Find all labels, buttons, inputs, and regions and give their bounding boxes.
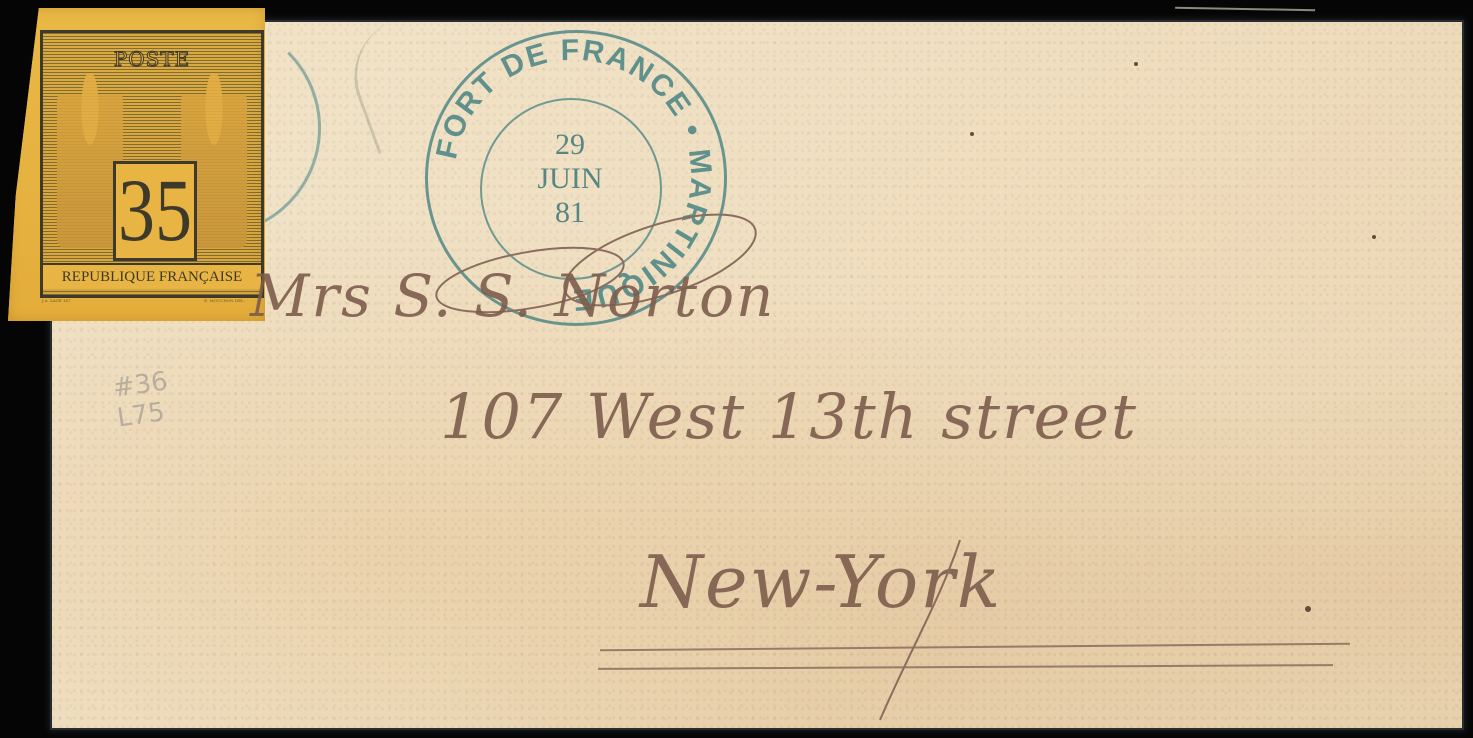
postmark-day: 29: [482, 128, 658, 162]
stamp-value-box: 35: [113, 161, 197, 261]
address-name: Mrs S. S. Norton: [250, 262, 775, 330]
paper-spot: [1372, 235, 1376, 239]
cover-scene: POSTE 35 REPUBLIQUE FRANÇAISE J.A. SAGE …: [0, 0, 1473, 738]
stamp-imprint-right: E. MOUCHON DEL.: [204, 298, 245, 303]
stamp-imprint: J.A. SAGE 187 E. MOUCHON DEL.: [42, 298, 245, 303]
address-street: 107 West 13th street: [440, 380, 1138, 453]
stamp-value: 35: [118, 167, 192, 256]
stamp-frame: POSTE 35 REPUBLIQUE FRANÇAISE: [40, 30, 264, 298]
postage-stamp: POSTE 35 REPUBLIQUE FRANÇAISE J.A. SAGE …: [8, 8, 265, 321]
stamp-bottom-label: REPUBLIQUE FRANÇAISE: [43, 263, 261, 289]
ink-dot: [1305, 606, 1311, 612]
pencil-annotation: #36 L75: [111, 366, 174, 433]
paper-spot: [1134, 62, 1138, 66]
postmark-month: JUIN: [482, 162, 658, 196]
stamp-imprint-left: J.A. SAGE 187: [42, 298, 71, 303]
stamp-top-label: POSTE: [43, 47, 261, 71]
paper-spot: [970, 132, 974, 136]
handwriting-descender: [860, 520, 980, 730]
